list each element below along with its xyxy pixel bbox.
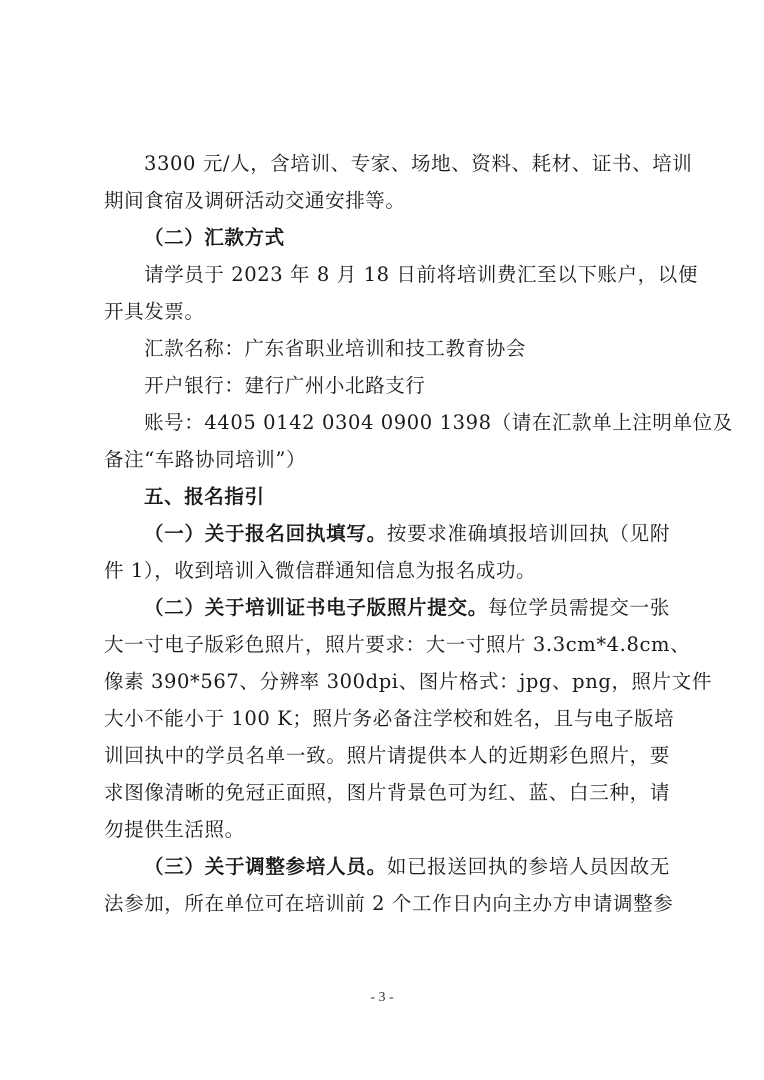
photo-submission-line-4: 大小不能小于 100 K；照片务必备注学校和姓名，且与电子版培 xyxy=(104,700,670,737)
payment-instruction-line-2: 开具发票。 xyxy=(104,293,670,330)
payment-instruction-line-1: 请学员于 2023 年 8 月 18 日前将培训费汇至以下账户，以便 xyxy=(104,256,670,293)
page-number: - 3 - xyxy=(0,990,764,1006)
registration-receipt-text: 按要求准确填报培训回执（见附 xyxy=(387,522,670,545)
account-number-line-1: 账号：4405 0142 0304 0900 1398（请在汇款单上注明单位及 xyxy=(104,404,670,441)
registration-receipt-title: （一）关于报名回执填写。 xyxy=(144,522,387,545)
account-name-label: 汇款名称： xyxy=(144,337,245,360)
bank-row: 开户银行：建行广州小北路支行 xyxy=(104,367,670,404)
bank-label: 开户银行： xyxy=(144,374,245,397)
photo-submission-line-1: （二）关于培训证书电子版照片提交。每位学员需提交一张 xyxy=(104,589,670,626)
document-page: 3300 元/人，含培训、专家、场地、资料、耗材、证书、培训 期间食宿及调研活动… xyxy=(0,0,764,1080)
registration-receipt-line-1: （一）关于报名回执填写。按要求准确填报培训回执（见附 xyxy=(104,515,670,552)
photo-submission-line-3: 像素 390*567、分辨率 300dpi、图片格式：jpg、png，照片文件 xyxy=(104,663,670,700)
account-name-value: 广东省职业培训和技工教育协会 xyxy=(245,337,526,360)
adjust-participants-text: 如已报送回执的参培人员因故无 xyxy=(387,855,670,878)
photo-submission-line-7: 勿提供生活照。 xyxy=(104,811,670,848)
adjust-participants-line-1: （三）关于调整参培人员。如已报送回执的参培人员因故无 xyxy=(104,848,670,885)
adjust-participants-title: （三）关于调整参培人员。 xyxy=(144,855,387,878)
photo-submission-line-5: 训回执中的学员名单一致。照片请提供本人的近期彩色照片，要 xyxy=(104,737,670,774)
account-number-line-2: 备注“车路协同培训”） xyxy=(104,441,670,478)
adjust-participants-line-2: 法参加，所在单位可在培训前 2 个工作日内向主办方申请调整参 xyxy=(104,885,670,922)
photo-submission-text: 每位学员需提交一张 xyxy=(488,596,670,619)
section-heading-payment-method: （二）汇款方式 xyxy=(104,219,670,256)
photo-submission-line-6: 求图像清晰的免冠正面照，图片背景色可为红、蓝、白三种，请 xyxy=(104,774,670,811)
fee-text-line-2: 期间食宿及调研活动交通安排等。 xyxy=(104,182,670,219)
document-body: 3300 元/人，含培训、专家、场地、资料、耗材、证书、培训 期间食宿及调研活动… xyxy=(104,145,670,922)
account-name-row: 汇款名称：广东省职业培训和技工教育协会 xyxy=(104,330,670,367)
photo-submission-line-2: 大一寸电子版彩色照片，照片要求：大一寸照片 3.3cm*4.8cm、 xyxy=(104,626,670,663)
fee-text-line-1: 3300 元/人，含培训、专家、场地、资料、耗材、证书、培训 xyxy=(104,145,670,182)
registration-receipt-line-2: 件 1），收到培训入微信群通知信息为报名成功。 xyxy=(104,552,670,589)
section-heading-registration-guide: 五、报名指引 xyxy=(104,478,670,515)
bank-value: 建行广州小北路支行 xyxy=(245,374,426,397)
photo-submission-title: （二）关于培训证书电子版照片提交。 xyxy=(144,596,488,619)
